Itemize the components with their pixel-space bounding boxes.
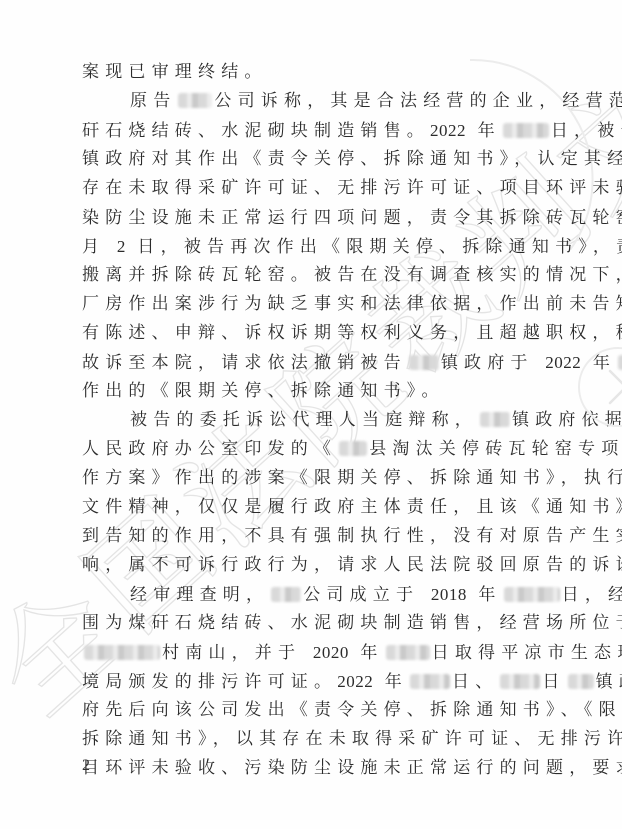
text-segment: 日取得平凉市生态环 [432,643,622,663]
text-segment: 县淘汰关停砖瓦轮窑专项整治工 [369,439,622,459]
text-line: 月 2 日，被告再次作出《限期关停、拆除通知书》，责令其再次 [82,232,548,261]
text-line: 作方案》作出的涉案《限期关停、拆除通知书》，执行的是上级 [82,464,548,493]
redacted-text [178,93,212,108]
redacted-text [409,355,439,370]
text-segment: 镇政 [596,672,622,692]
number-text: 2022 [430,121,466,140]
text-segment: 原告 [130,91,176,111]
number-text: 2022 [545,353,581,372]
redacted-text [568,674,594,689]
redacted-text [503,123,549,138]
text-line: 境局颁发的排污许可证。2022 年日、日镇政 [82,667,548,696]
text-segment: 作方案》作出的涉案《限期关停、拆除通知书》，执行的是上级 [82,468,622,488]
text-line: 有陈述、申辩、诉权诉期等权利义务，且超越职权，程序违法。 [82,319,548,348]
text-segment: 年 [373,672,408,692]
text-segment: 村南山，并于 [162,643,313,663]
text-line: 案现已审理终结。 [82,58,548,87]
text-segment: 响，属不可诉行政行为，请求人民法院驳回原告的诉讼请求。 [82,555,622,575]
text-segment: 日 [542,672,565,692]
chevron-right-icon [598,367,622,407]
text-line: 经审理查明，公司成立于 2018 年日，经营范 [82,580,548,609]
text-segment: 矸石烧结砖、水泥砌块制造销售。 [82,121,430,141]
text-segment: 日、 [452,672,498,692]
text-segment: 厂房作出案涉行为缺乏事实和法律依据，作出前未告知原告具 [82,294,622,314]
number-text: 2 [117,237,126,256]
text-segment: 存在未取得采矿许可证、无排污许可证、项目环评未验收、污 [82,178,622,198]
text-line: 被告的委托诉讼代理人当庭辩称，镇政府依据县 [82,406,548,435]
text-segment: 日，被告 [551,121,622,141]
text-segment: 染防尘设施未正常运行四项问题，责令其拆除砖瓦轮窑。同年 [82,208,622,228]
text-segment: 年 [349,643,384,663]
text-segment: 日，经营范 [562,585,622,605]
redacted-text [410,674,450,689]
text-line: 拆除通知书》，以其存在未取得采矿许可证、无排污许可证、项 [82,725,548,754]
text-segment: 府先后向该公司发出《责令关停、拆除通知书》、《限期关停、 [82,700,622,720]
text-segment: 拆除通知书》，以其存在未取得采矿许可证、无排污许可证、项 [82,729,622,749]
text-segment: 镇政府对其作出《责令关停、拆除通知书》，认定其经营的厂房 [82,149,622,169]
text-segment: 日，被告再次作出《限期关停、拆除通知书》，责令其再次 [126,237,622,257]
text-segment: 有陈述、申辩、诉权诉期等权利义务，且超越职权，程序违法。 [82,323,622,343]
text-segment: 搬离并拆除砖瓦轮窑。被告在没有调查核实的情况下，对案涉 [82,265,622,285]
text-segment: 月 [82,237,117,257]
page-number: 2 [82,757,90,775]
text-segment: 目环评未验收、污染防尘设施未正常运行的问题，要求立即停 [82,758,622,778]
text-segment: 故诉至本院，请求依法撤销被告 [82,353,407,373]
number-text: 2022 [337,672,373,691]
text-line: 故诉至本院，请求依法撤销被告镇政府于 2022 年日 [82,348,548,377]
text-line: 矸石烧结砖、水泥砌块制造销售。2022 年日，被告 [82,116,548,145]
text-line: 府先后向该公司发出《责令关停、拆除通知书》、《限期关停、 [82,696,548,725]
redacted-text [271,587,301,602]
text-line: 到告知的作用，不具有强制执行性，没有对原告产生实质性影 [82,522,548,551]
redacted-text [339,441,367,456]
text-line: 搬离并拆除砖瓦轮窑。被告在没有调查核实的情况下，对案涉 [82,261,548,290]
redacted-text [500,674,540,689]
text-line: 村南山，并于 2020 年日取得平凉市生态环 [82,638,548,667]
text-line: 文件精神，仅仅是履行政府主体责任，且该《通知书》仅仅起 [82,493,548,522]
text-segment: 镇政府于 [441,353,545,373]
text-line: 作出的《限期关停、拆除通知书》。 [82,377,548,406]
text-segment: 案现已审理终结。 [82,62,268,82]
text-segment: 经审理查明， [130,585,269,605]
text-segment: 人民政府办公室印发的《 [82,439,337,459]
text-segment: 被告的委托诉讼代理人当庭辩称， [130,410,478,430]
text-segment: 到告知的作用，不具有强制执行性，没有对原告产生实质性影 [82,526,622,546]
text-line: 镇政府对其作出《责令关停、拆除通知书》，认定其经营的厂房 [82,145,548,174]
text-line: 响，属不可诉行政行为，请求人民法院驳回原告的诉讼请求。 [82,551,548,580]
text-segment: 作出的《限期关停、拆除通知书》。 [82,381,445,401]
document-body: 案现已审理终结。原告公司诉称，其是合法经营的企业，经营范围为煤矸石烧结砖、水泥砌… [82,58,548,783]
document-page: 全国法院裁判文书 案现已审理终结。原告公司诉称，其是合法经营的企业，经营范围为煤… [0,0,622,829]
text-line: 围为煤矸石烧结砖、水泥砌块制造销售，经营场所位于 [82,609,548,638]
text-line: 原告公司诉称，其是合法经营的企业，经营范围为煤 [82,87,548,116]
text-line: 厂房作出案涉行为缺乏事实和法律依据，作出前未告知原告具 [82,290,548,319]
text-segment: 公司诉称，其是合法经营的企业，经营范围为煤 [214,91,622,111]
text-segment: 年 [466,121,501,141]
text-line: 目环评未验收、污染防尘设施未正常运行的问题，要求立即停 [82,754,548,783]
text-segment: 年 [467,585,502,605]
text-line: 人民政府办公室印发的《县淘汰关停砖瓦轮窑专项整治工 [82,435,548,464]
redacted-text [386,645,430,660]
redacted-text [480,412,510,427]
redacted-text [504,587,560,602]
number-text: 2018 [431,585,467,604]
text-line: 染防尘设施未正常运行四项问题，责令其拆除砖瓦轮窑。同年 5 [82,203,548,232]
text-segment: 境局颁发的排污许可证。 [82,672,337,692]
text-segment: 围为煤矸石烧结砖、水泥砌块制造销售，经营场所位于 [82,613,622,633]
text-segment: 文件精神，仅仅是履行政府主体责任，且该《通知书》仅仅起 [82,497,622,517]
redacted-text [84,645,160,660]
number-text: 2020 [313,643,349,662]
text-line: 存在未取得采矿许可证、无排污许可证、项目环评未验收、污 [82,174,548,203]
text-segment: 公司成立于 [303,585,431,605]
